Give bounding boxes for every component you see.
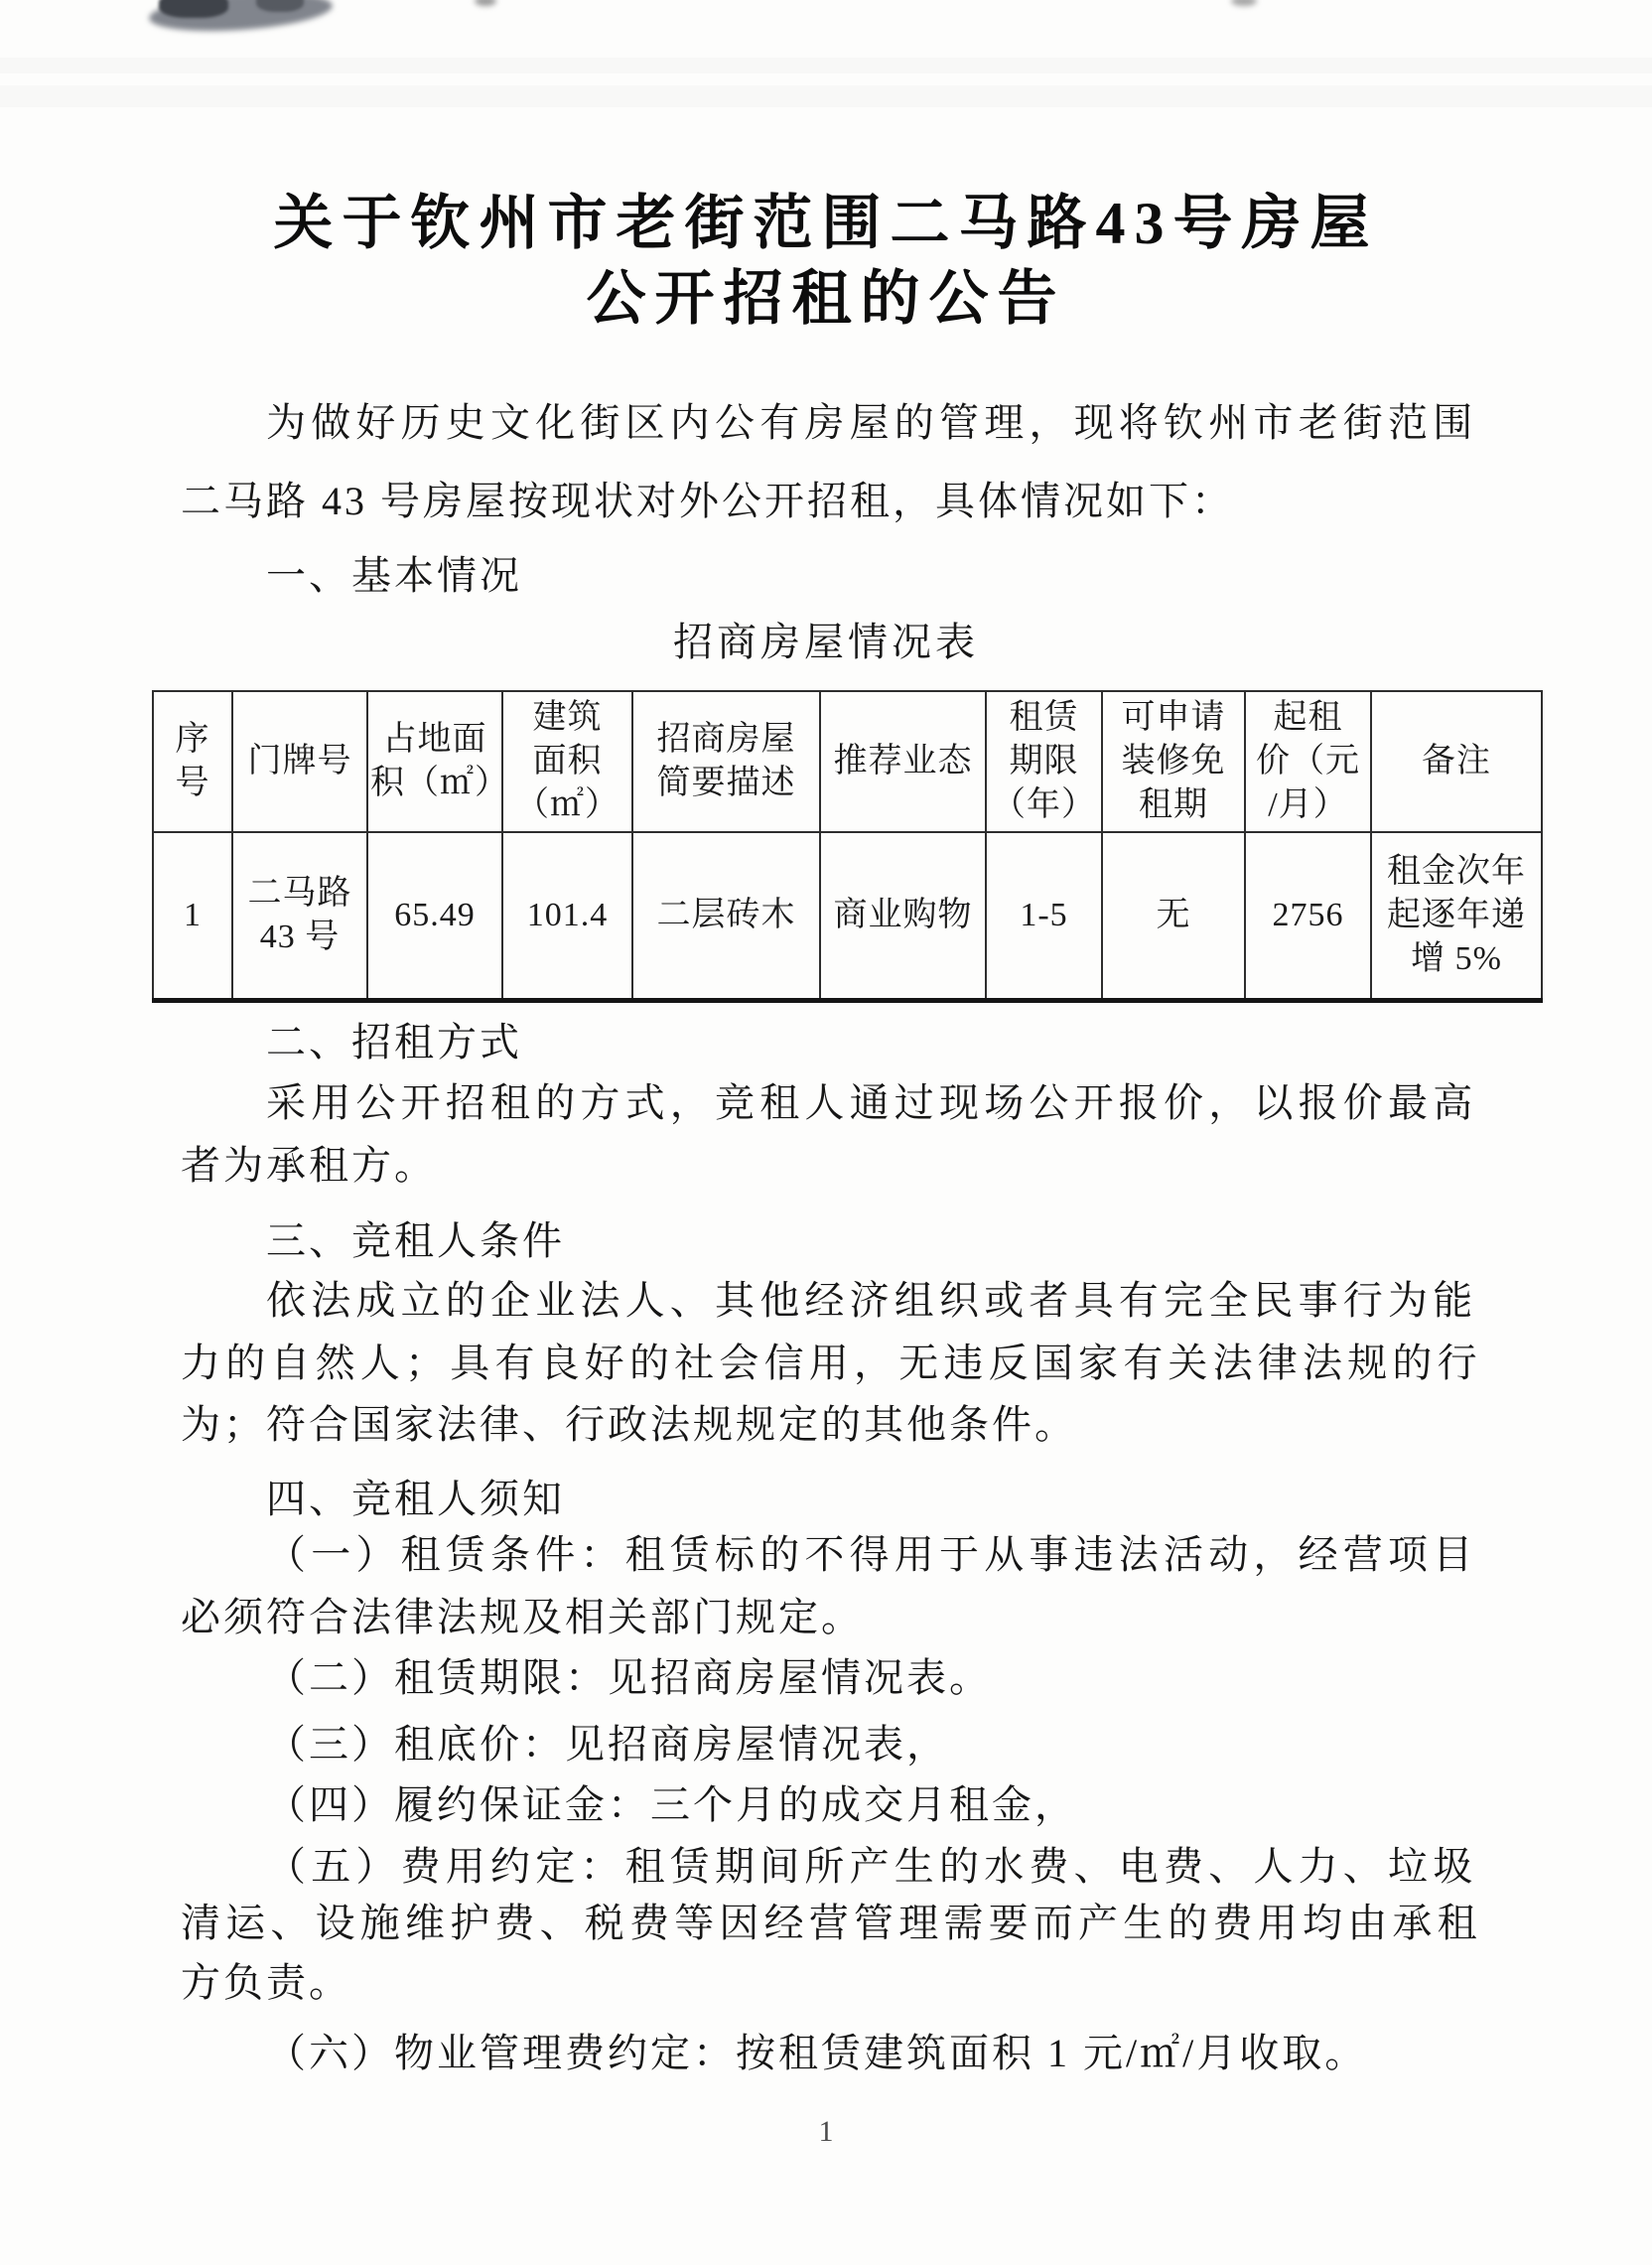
intro-line-1: 为做好历史文化街区内公有房屋的管理，现将钦州市老街范围 xyxy=(266,399,1477,447)
section4-item5-line-3: 方负责。 xyxy=(181,1959,351,2007)
header-recommended-business: 推荐业态 xyxy=(820,691,986,832)
scan-band-artifact xyxy=(0,58,1652,73)
section4-item1-line-2: 必须符合法律法规及相关部门规定。 xyxy=(181,1594,864,1641)
table-header-row: 序 号 门牌号 占地面 积（㎡） 建筑 面积 （㎡） 招商房屋 简要描述 推荐业… xyxy=(153,691,1542,832)
cell-rentfree-period: 无 xyxy=(1102,832,1245,1000)
header-land-area: 占地面 积（㎡） xyxy=(367,691,502,832)
scan-band-artifact xyxy=(0,85,1652,107)
section4-item3: （三）租底价：见招商房屋情况表， xyxy=(266,1721,949,1769)
scan-mark-artifact xyxy=(1231,0,1257,6)
cell-serial-number: 1 xyxy=(153,832,232,1000)
cell-recommended-business: 商业购物 xyxy=(820,832,986,1000)
table-row: 1 二马路 43 号 65.49 101.4 二层砖木 商业购物 1-5 无 2… xyxy=(153,832,1542,1000)
section2-line-2: 者为承租方。 xyxy=(181,1142,437,1190)
section1-heading: 一、基本情况 xyxy=(266,552,522,600)
header-rentfree-period: 可申请 装修免 租期 xyxy=(1102,691,1245,832)
cell-house-number: 二马路 43 号 xyxy=(232,832,367,1000)
scan-mark-artifact xyxy=(475,0,496,6)
section4-item4: （四）履约保证金：三个月的成交月租金， xyxy=(266,1781,1077,1829)
header-lease-term: 租赁 期限 （年） xyxy=(986,691,1102,832)
header-brief-description: 招商房屋 简要描述 xyxy=(632,691,820,832)
section3-heading: 三、竞租人条件 xyxy=(266,1217,565,1265)
section2-line-1: 采用公开招租的方式，竞租人通过现场公开报价，以报价最高 xyxy=(266,1079,1477,1127)
cell-land-area: 65.49 xyxy=(367,832,502,1000)
header-remarks: 备注 xyxy=(1371,691,1542,832)
section2-heading: 二、招租方式 xyxy=(266,1019,522,1066)
section4-item1-line-1: （一）租赁条件：租赁标的不得用于从事违法活动，经营项目 xyxy=(266,1531,1477,1579)
document-title-line-2: 公开招租的公告 xyxy=(0,264,1652,334)
cell-brief-description: 二层砖木 xyxy=(632,832,820,1000)
housing-table-title: 招商房屋情况表 xyxy=(0,619,1652,666)
header-starting-rent: 起租 价（元 /月） xyxy=(1245,691,1371,832)
header-serial-number: 序 号 xyxy=(153,691,232,832)
document-title-line-1: 关于钦州市老街范围二马路43号房屋 xyxy=(0,189,1652,258)
section3-line-3: 为；符合国家法律、行政法规规定的其他条件。 xyxy=(181,1401,1077,1449)
header-house-number: 门牌号 xyxy=(232,691,367,832)
header-building-area: 建筑 面积 （㎡） xyxy=(502,691,632,832)
scan-smudge-artifact xyxy=(159,0,228,18)
cell-building-area: 101.4 xyxy=(502,832,632,1000)
intro-line-2: 二马路 43 号房屋按现状对外公开招租，具体情况如下： xyxy=(181,478,1234,525)
cell-lease-term: 1-5 xyxy=(986,832,1102,1000)
section3-line-2: 力的自然人；具有良好的社会信用，无违反国家有关法律法规的行 xyxy=(181,1340,1482,1387)
housing-info-table: 序 号 门牌号 占地面 积（㎡） 建筑 面积 （㎡） 招商房屋 简要描述 推荐业… xyxy=(152,690,1543,1003)
section4-heading: 四、竞租人须知 xyxy=(266,1476,565,1523)
cell-starting-rent: 2756 xyxy=(1245,832,1371,1000)
cell-remarks: 租金次年 起逐年递 增 5% xyxy=(1371,832,1542,1000)
section4-item6: （六）物业管理费约定：按租赁建筑面积 1 元/㎡/月收取。 xyxy=(266,2030,1367,2077)
section3-line-1: 依法成立的企业法人、其他经济组织或者具有完全民事行为能 xyxy=(266,1277,1477,1325)
section4-item5-line-2: 清运、设施维护费、税费等因经营管理需要而产生的费用均由承租 xyxy=(181,1900,1482,1947)
page-number: 1 xyxy=(0,2115,1652,2149)
section4-item5-line-1: （五）费用约定：租赁期间所产生的水费、电费、人力、垃圾 xyxy=(266,1843,1477,1891)
section4-item2: （二）租赁期限：见招商房屋情况表。 xyxy=(266,1654,992,1702)
scanned-document-page: 关于钦州市老街范围二马路43号房屋 公开招租的公告 为做好历史文化街区内公有房屋… xyxy=(0,0,1652,2265)
